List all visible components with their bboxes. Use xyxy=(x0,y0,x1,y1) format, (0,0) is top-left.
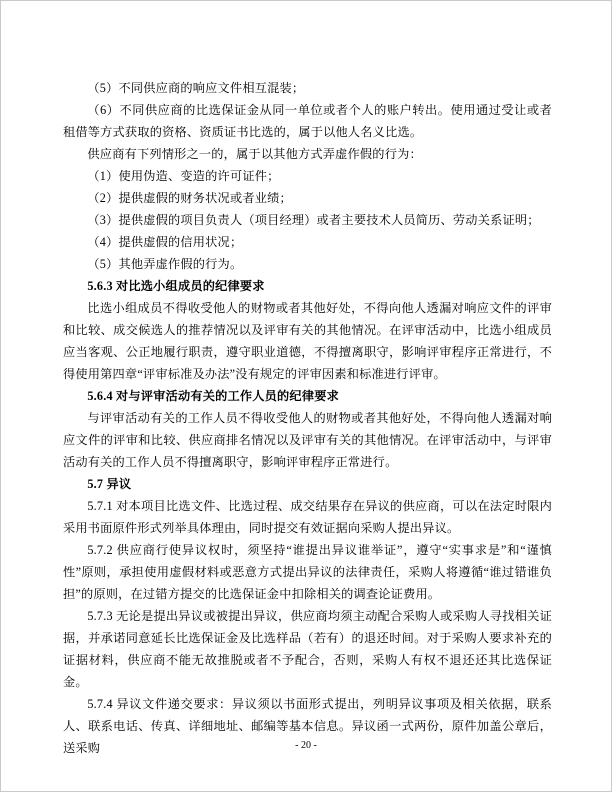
paragraph-other-falsification-intro: 供应商有下列情形之一的，属于以其他方式弄虚作假的行为： xyxy=(63,143,552,165)
heading-5-6-4: 5.6.4 对与评审活动有关的工作人员的纪律要求 xyxy=(63,385,552,407)
page-number: - 20 - xyxy=(1,739,611,753)
list-item-3-false-personnel: （3）提供虚假的项目负责人（项目经理）或者主要技术人员简历、劳动关系证明； xyxy=(63,209,552,231)
list-item-5-mixed-documents: （5）不同供应商的响应文件相互混装； xyxy=(63,77,552,99)
list-item-1-forged-permits: （1）使用伪造、变造的许可证件； xyxy=(63,165,552,187)
document-page: （5）不同供应商的响应文件相互混装； （6）不同供应商的比选保证金从同一单位或者… xyxy=(0,0,612,792)
list-item-4-false-credit: （4）提供虚假的信用状况； xyxy=(63,231,552,253)
list-item-5-other-falsification: （5）其他弄虚作假的行为。 xyxy=(63,253,552,275)
list-item-6-deposit-transfer: （6）不同供应商的比选保证金从同一单位或者个人的账户转出。使用通过受让或者租借等… xyxy=(63,99,552,143)
document-body: （5）不同供应商的响应文件相互混装； （6）不同供应商的比选保证金从同一单位或者… xyxy=(63,77,552,759)
paragraph-5-6-4-body: 与评审活动有关的工作人员不得收受他人的财物或者其他好处，不得向他人透漏对响应文件… xyxy=(63,407,552,473)
paragraph-5-7-3: 5.7.3 无论是提出异议或被提出异议，供应商均须主动配合采购人或采购人寻找相关… xyxy=(63,605,552,693)
heading-5-6-3: 5.6.3 对比选小组成员的纪律要求 xyxy=(63,275,552,297)
list-item-2-false-financials: （2）提供虚假的财务状况或者业绩； xyxy=(63,187,552,209)
paragraph-5-7-1: 5.7.1 对本项目比选文件、比选过程、成交结果存在异议的供应商，可以在法定时限… xyxy=(63,495,552,539)
paragraph-5-7-2: 5.7.2 供应商行使异议权时，须坚持“谁提出异议谁举证”，遵守“实事求是”和“… xyxy=(63,539,552,605)
paragraph-5-6-3-body: 比选小组成员不得收受他人的财物或者其他好处，不得向他人透漏对响应文件的评审和比较… xyxy=(63,297,552,385)
heading-5-7: 5.7 异议 xyxy=(63,473,552,495)
